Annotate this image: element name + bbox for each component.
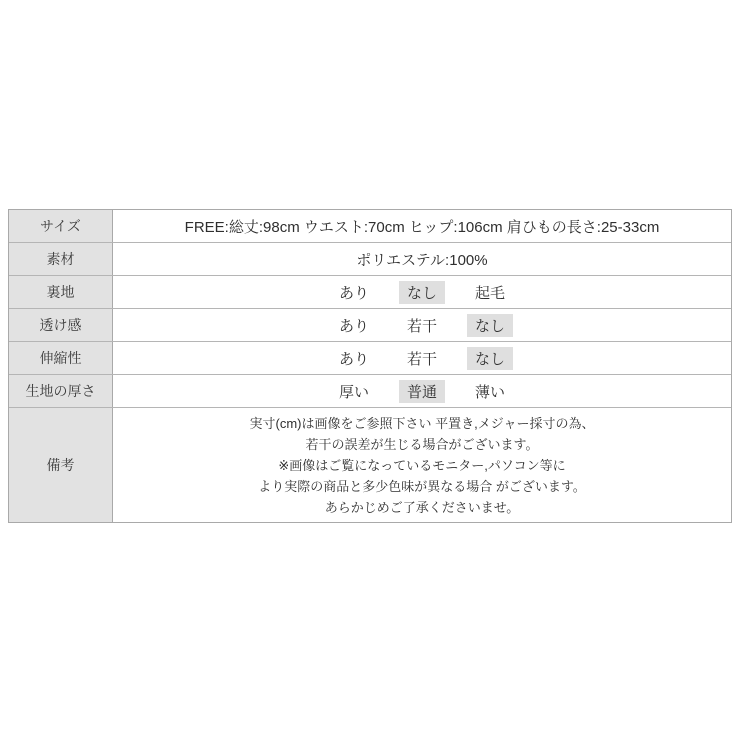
remark-line: 若干の誤差が生じる場合がございます。: [306, 434, 539, 455]
remark-line: あらかじめご了承くださいませ。: [325, 497, 520, 518]
option-value: 若干: [399, 347, 445, 370]
sheerness-options: あり 若干 なし: [113, 309, 731, 341]
stretch-options: あり 若干 なし: [113, 342, 731, 374]
table-row-sheerness: 透け感 あり 若干 なし: [9, 309, 731, 342]
remarks-lines: 実寸(cm)は画像をご参照下さい 平置き,メジャー採寸の為、 若干の誤差が生じる…: [123, 413, 721, 518]
row-header-sheerness: 透け感: [9, 309, 113, 341]
option-value: あり: [331, 281, 377, 304]
table-row-size: サイズ FREE:総丈:98cm ウエスト:70cm ヒップ:106cm 肩ひも…: [9, 210, 731, 243]
table-row-thickness: 生地の厚さ 厚い 普通 薄い: [9, 375, 731, 408]
row-header-size: サイズ: [9, 210, 113, 242]
lining-options: あり なし 起毛: [113, 276, 731, 308]
remark-line: ※画像はご覧になっているモニター,パソコン等に: [278, 455, 565, 476]
thickness-options: 厚い 普通 薄い: [113, 375, 731, 407]
table-row-remarks: 備考 実寸(cm)は画像をご参照下さい 平置き,メジャー採寸の為、 若干の誤差が…: [9, 408, 731, 522]
option-value: 厚い: [331, 380, 377, 403]
table-row-lining: 裏地 あり なし 起毛: [9, 276, 731, 309]
material-value: ポリエステル:100%: [113, 243, 731, 275]
option-value: なし: [467, 347, 513, 370]
remarks-content: 実寸(cm)は画像をご参照下さい 平置き,メジャー採寸の為、 若干の誤差が生じる…: [113, 408, 731, 522]
product-spec-table: サイズ FREE:総丈:98cm ウエスト:70cm ヒップ:106cm 肩ひも…: [8, 209, 732, 523]
row-header-thickness: 生地の厚さ: [9, 375, 113, 407]
row-header-lining: 裏地: [9, 276, 113, 308]
option-value: なし: [467, 314, 513, 337]
remark-line: より実際の商品と多少色味が異なる場合 がございます。: [258, 476, 586, 497]
size-value: FREE:総丈:98cm ウエスト:70cm ヒップ:106cm 肩ひもの長さ:…: [113, 210, 731, 242]
option-value: 若干: [399, 314, 445, 337]
row-header-stretch: 伸縮性: [9, 342, 113, 374]
table-row-stretch: 伸縮性 あり 若干 なし: [9, 342, 731, 375]
row-header-material: 素材: [9, 243, 113, 275]
option-value: 起毛: [467, 281, 513, 304]
table-row-material: 素材 ポリエステル:100%: [9, 243, 731, 276]
option-value: 薄い: [467, 380, 513, 403]
option-value: なし: [399, 281, 445, 304]
option-value: あり: [331, 347, 377, 370]
row-header-remarks: 備考: [9, 408, 113, 522]
option-value: あり: [331, 314, 377, 337]
page: { "colors": { "header_bg": "#e2e2e2", "h…: [0, 0, 740, 740]
option-value: 普通: [399, 380, 445, 403]
remark-line: 実寸(cm)は画像をご参照下さい 平置き,メジャー採寸の為、: [250, 413, 595, 434]
